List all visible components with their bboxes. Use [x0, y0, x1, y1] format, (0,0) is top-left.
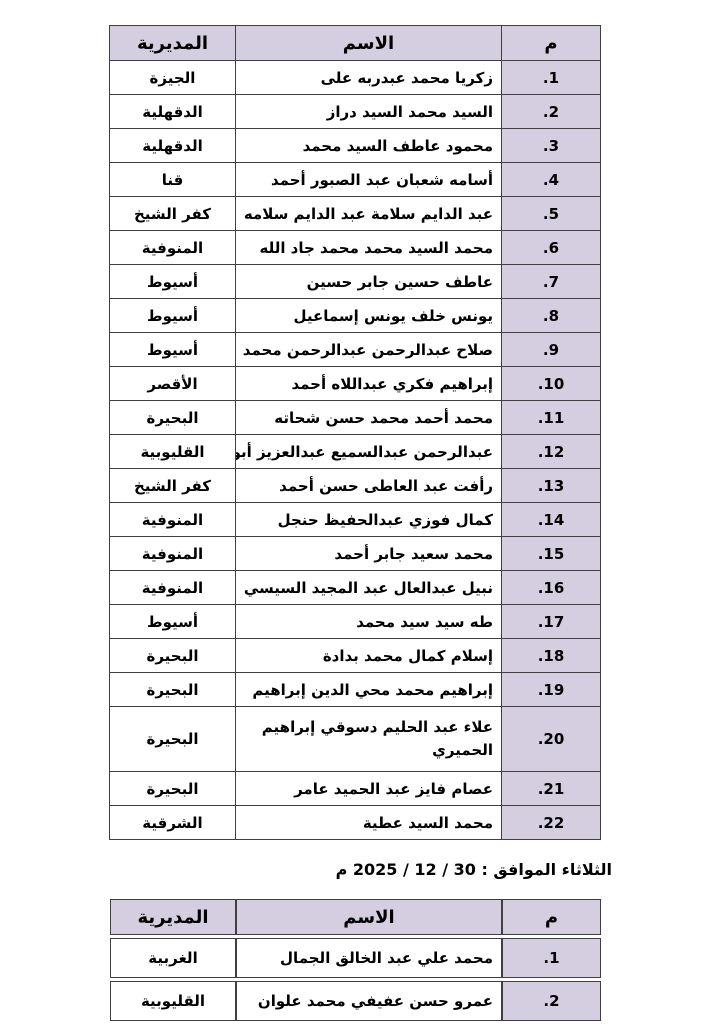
serial-cell: 2. [502, 95, 601, 129]
directorate-cell: البحيرة [110, 772, 236, 806]
document-page: م الاسم المديرية 1.زكريا محمد عبدربه على… [0, 0, 724, 1024]
table-row: 2.السيد محمد السيد درازالدقهلية [110, 95, 601, 129]
name-cell: رأفت عبد العاطى حسن أحمد [236, 469, 502, 503]
roster-table-2: م الاسم المديرية 1.محمد علي عبد الخالق ا… [110, 896, 601, 1024]
name-cell: إبراهيم محمد محي الدين إبراهيم [236, 673, 502, 707]
directorate-cell: البحيرة [110, 673, 236, 707]
serial-cell: 22. [502, 806, 601, 840]
serial-cell: 12. [502, 435, 601, 469]
name-cell: إبراهيم فكري عبداللاه أحمد [236, 367, 502, 401]
table-header-row: م الاسم المديرية [110, 26, 601, 61]
serial-cell: 4. [502, 163, 601, 197]
serial-cell: 7. [502, 265, 601, 299]
date-line: الثلاثاء الموافق : 30 / 12 / 2025 م [0, 859, 612, 881]
directorate-cell: البحيرة [110, 401, 236, 435]
serial-cell: 13. [502, 469, 601, 503]
directorate-cell: المنوفية [110, 231, 236, 265]
serial-cell: 15. [502, 537, 601, 571]
directorate-cell: أسيوط [110, 333, 236, 367]
directorate-cell: الجيزة [110, 61, 236, 95]
directorate-cell: كفر الشيخ [110, 197, 236, 231]
col-header-name: الاسم [236, 899, 502, 935]
serial-cell: 14. [502, 503, 601, 537]
serial-cell: 6. [502, 231, 601, 265]
table-row: 16.نبيل عبدالعال عبد المجيد السيسيالمنوف… [110, 571, 601, 605]
table-row: 2.عمرو حسن عفيفي محمد علوانالقليوبية [110, 981, 601, 1021]
table-row: 12.عبدالرحمن عبدالسميع عبدالعزيز أبو الن… [110, 435, 601, 469]
name-cell: يونس خلف يونس إسماعيل [236, 299, 502, 333]
table-row: 19.إبراهيم محمد محي الدين إبراهيمالبحيرة [110, 673, 601, 707]
table-header-row: م الاسم المديرية [110, 899, 601, 935]
table-row: 9.صلاح عبدالرحمن عبدالرحمن محمدأسيوط [110, 333, 601, 367]
directorate-cell: الدقهلية [110, 95, 236, 129]
name-cell: عصام فايز عبد الحميد عامر [236, 772, 502, 806]
serial-cell: 20. [502, 707, 601, 772]
name-cell: علاء عبد الحليم دسوقي إبراهيم الحميري [236, 707, 502, 772]
serial-cell: 2. [502, 981, 601, 1021]
table-row: 17.طه سيد سيد محمدأسيوط [110, 605, 601, 639]
serial-cell: 11. [502, 401, 601, 435]
name-cell: محمد السيد عطية [236, 806, 502, 840]
col-header-directorate: المديرية [110, 26, 236, 61]
col-header-serial: م [502, 26, 601, 61]
serial-cell: 19. [502, 673, 601, 707]
table-row: 7.عاطف حسين جابر حسينأسيوط [110, 265, 601, 299]
name-cell: طه سيد سيد محمد [236, 605, 502, 639]
serial-cell: 18. [502, 639, 601, 673]
table-row: 8.يونس خلف يونس إسماعيلأسيوط [110, 299, 601, 333]
directorate-cell: الأقصر [110, 367, 236, 401]
col-header-name: الاسم [236, 26, 502, 61]
table-row: 10.إبراهيم فكري عبداللاه أحمدالأقصر [110, 367, 601, 401]
serial-cell: 10. [502, 367, 601, 401]
table-row: 13.رأفت عبد العاطى حسن أحمدكفر الشيخ [110, 469, 601, 503]
table-row: 20.علاء عبد الحليم دسوقي إبراهيم الحميري… [110, 707, 601, 772]
name-cell: السيد محمد السيد دراز [236, 95, 502, 129]
name-cell: محمد علي عبد الخالق الجمال [236, 938, 502, 978]
name-cell: محمد السيد محمد محمد جاد الله [236, 231, 502, 265]
name-cell: أسامه شعبان عبد الصبور أحمد [236, 163, 502, 197]
directorate-cell: المنوفية [110, 537, 236, 571]
roster-table-1: م الاسم المديرية 1.زكريا محمد عبدربه على… [109, 25, 601, 840]
directorate-cell: البحيرة [110, 639, 236, 673]
table-row: 14.كمال فوزي عبدالحفيظ حنجلالمنوفية [110, 503, 601, 537]
name-cell: إسلام كمال محمد بدادة [236, 639, 502, 673]
name-cell: صلاح عبدالرحمن عبدالرحمن محمد [236, 333, 502, 367]
directorate-cell: البحيرة [110, 707, 236, 772]
directorate-cell: الدقهلية [110, 129, 236, 163]
table-row: 11.محمد أحمد محمد حسن شحاتهالبحيرة [110, 401, 601, 435]
serial-cell: 1. [502, 61, 601, 95]
table-row: 5.عبد الدايم سلامة عبد الدايم سلامهكفر ا… [110, 197, 601, 231]
serial-cell: 8. [502, 299, 601, 333]
directorate-cell: المنوفية [110, 503, 236, 537]
col-header-directorate: المديرية [110, 899, 236, 935]
directorate-cell: المنوفية [110, 571, 236, 605]
col-header-serial: م [502, 899, 601, 935]
directorate-cell: قنا [110, 163, 236, 197]
table-row: 1.محمد علي عبد الخالق الجمالالغربية [110, 938, 601, 978]
table-row: 4.أسامه شعبان عبد الصبور أحمدقنا [110, 163, 601, 197]
directorate-cell: الغربية [110, 938, 236, 978]
name-cell: محمد أحمد محمد حسن شحاته [236, 401, 502, 435]
directorate-cell: القليوبية [110, 435, 236, 469]
table-row: 3.محمود عاطف السيد محمدالدقهلية [110, 129, 601, 163]
serial-cell: 3. [502, 129, 601, 163]
name-cell: كمال فوزي عبدالحفيظ حنجل [236, 503, 502, 537]
table-row: 6.محمد السيد محمد محمد جاد اللهالمنوفية [110, 231, 601, 265]
directorate-cell: أسيوط [110, 265, 236, 299]
table-row: 18.إسلام كمال محمد بدادةالبحيرة [110, 639, 601, 673]
serial-cell: 21. [502, 772, 601, 806]
directorate-cell: أسيوط [110, 605, 236, 639]
table-row: 22.محمد السيد عطيةالشرقية [110, 806, 601, 840]
name-cell: محمد سعيد جابر أحمد [236, 537, 502, 571]
table-row: 21.عصام فايز عبد الحميد عامرالبحيرة [110, 772, 601, 806]
directorate-cell: القليوبية [110, 981, 236, 1021]
name-cell: نبيل عبدالعال عبد المجيد السيسي [236, 571, 502, 605]
name-cell: عبدالرحمن عبدالسميع عبدالعزيز أبو النصر [236, 435, 502, 469]
name-cell: عمرو حسن عفيفي محمد علوان [236, 981, 502, 1021]
name-cell: زكريا محمد عبدربه على [236, 61, 502, 95]
serial-cell: 17. [502, 605, 601, 639]
directorate-cell: الشرقية [110, 806, 236, 840]
serial-cell: 16. [502, 571, 601, 605]
serial-cell: 1. [502, 938, 601, 978]
directorate-cell: أسيوط [110, 299, 236, 333]
serial-cell: 5. [502, 197, 601, 231]
name-cell: محمود عاطف السيد محمد [236, 129, 502, 163]
name-cell: عاطف حسين جابر حسين [236, 265, 502, 299]
name-cell: عبد الدايم سلامة عبد الدايم سلامه [236, 197, 502, 231]
table-row: 15.محمد سعيد جابر أحمدالمنوفية [110, 537, 601, 571]
directorate-cell: كفر الشيخ [110, 469, 236, 503]
serial-cell: 9. [502, 333, 601, 367]
table-row: 1.زكريا محمد عبدربه علىالجيزة [110, 61, 601, 95]
